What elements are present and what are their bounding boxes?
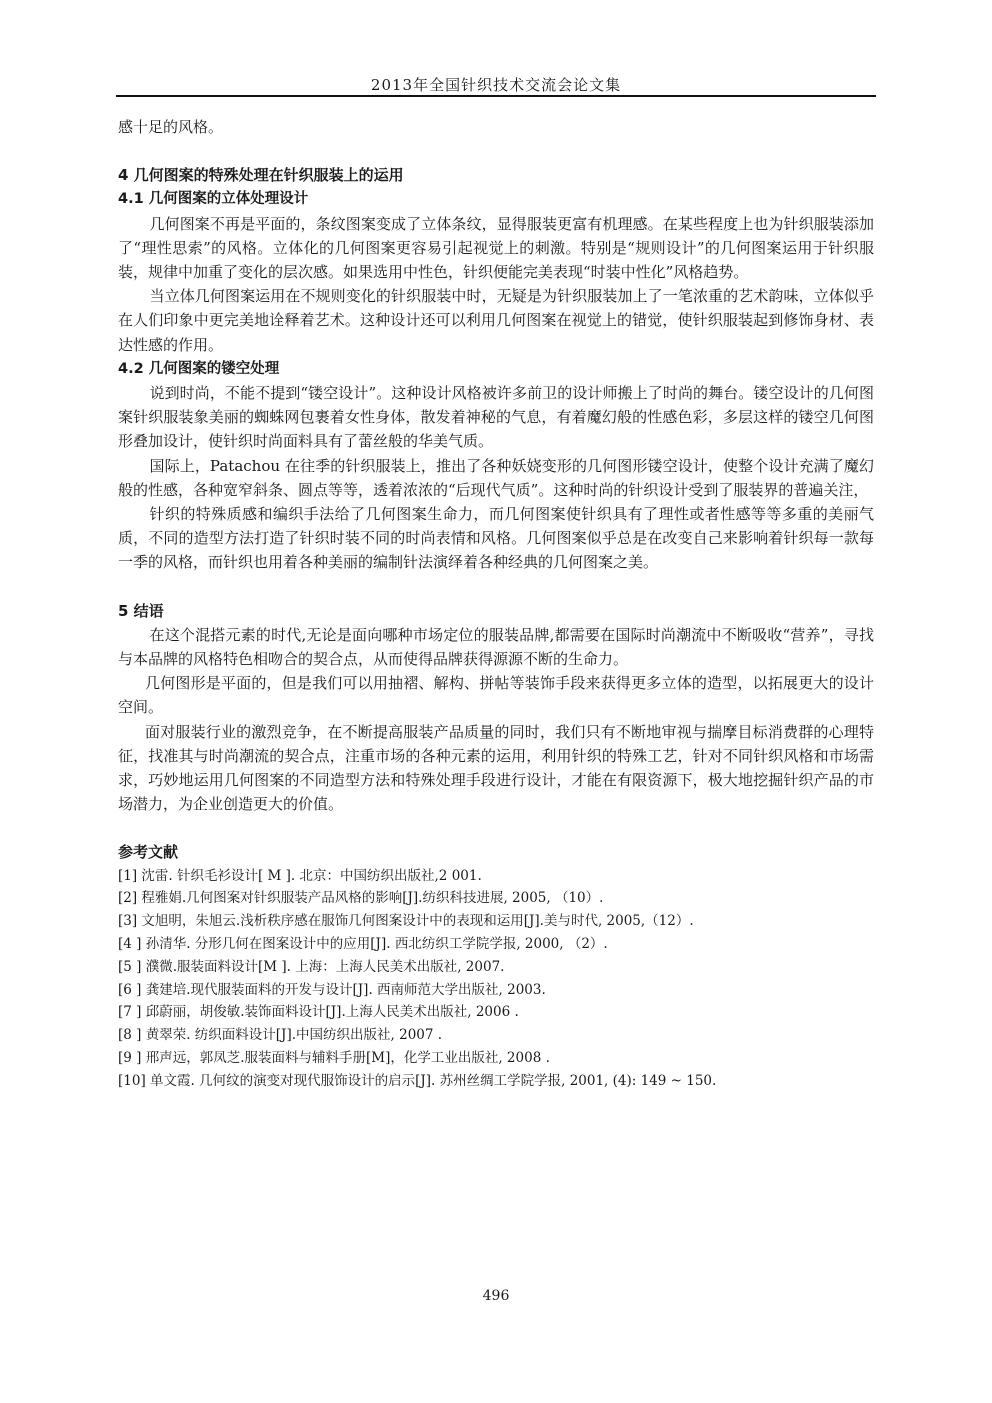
paragraph: 几何图形是平面的，但是我们可以用抽褶、解构、拼帖等装饰手段来获得更多立体的造型，… [118, 671, 874, 719]
paragraph: 说到时尚，不能不提到“镂空设计”。这种设计风格被许多前卫的设计师搬上了时尚的舞台… [118, 381, 874, 454]
reference-item: [8 ] 黄翠荣. 纺织面料设计[J].中国纺织出版社, 2007 . [118, 1024, 874, 1047]
reference-item: [1] 沈雷. 针织毛衫设计[ M ]. 北京：中国纺织出版社,2 001. [118, 865, 874, 888]
reference-item: [2] 程雅娟.几何图案对针织服装产品风格的影响[J].纺织科技进展, 2005… [118, 887, 874, 910]
page-body: 感十足的风格。 4 几何图案的特殊处理在针织服装上的运用 4.1 几何图案的立体… [118, 115, 874, 1093]
section-5-heading: 5 结语 [118, 599, 874, 623]
running-header-title: 2013年全国针织技术交流会论文集 [0, 74, 992, 95]
header-rule [116, 95, 876, 97]
reference-item: [5 ] 濮微.服装面料设计[M ]. 上海：上海人民美术出版社, 2007. [118, 956, 874, 979]
paragraph: 国际上，Patachou 在往季的针织服装上，推出了各种妖娆变形的几何图形镂空设… [118, 454, 874, 502]
reference-item: [3] 文旭明，朱旭云.浅析秩序感在服饰几何图案设计中的表现和运用[J].美与时… [118, 910, 874, 933]
reference-item: [4 ] 孙清华. 分形几何在图案设计中的应用[J]. 西北纺织工学院学报, 2… [118, 933, 874, 956]
section-4-1-heading: 4.1 几何图案的立体处理设计 [118, 187, 874, 211]
reference-item: [7 ] 邱蔚丽，胡俊敏.装饰面料设计[J].上海人民美术出版社, 2006 . [118, 1001, 874, 1024]
reference-list: [1] 沈雷. 针织毛衫设计[ M ]. 北京：中国纺织出版社,2 001. [… [118, 865, 874, 1093]
paragraph: 面对服装行业的激烈竞争，在不断提高服装产品质量的同时，我们只有不断地审视与揣摩目… [118, 720, 874, 817]
reference-item: [6 ] 龚建培.现代服装面料的开发与设计[J]. 西南师范大学出版社, 200… [118, 979, 874, 1002]
reference-item: [9 ] 邢声远，郭凤芝.服装面料与辅料手册[M]，化学工业出版社, 2008 … [118, 1047, 874, 1070]
carryover-text: 感十足的风格。 [118, 115, 874, 139]
paragraph: 几何图案不再是平面的，条纹图案变成了立体条纹，显得服装更富有机理感。在某些程度上… [118, 212, 874, 285]
page-number: 496 [0, 1288, 992, 1304]
paragraph: 针织的特殊质感和编织手法给了几何图案生命力，而几何图案使针织具有了理性或者性感等… [118, 502, 874, 575]
reference-item: [10] 单文霞. 几何纹的演变对现代服饰设计的启示[J]. 苏州丝绸工学院学报… [118, 1070, 874, 1093]
paragraph: 在这个混搭元素的时代,无论是面向哪种市场定位的服装品牌,都需要在国际时尚潮流中不… [118, 623, 874, 671]
references-heading: 参考文献 [118, 840, 874, 864]
spacer [118, 575, 874, 599]
section-4-heading: 4 几何图案的特殊处理在针织服装上的运用 [118, 163, 874, 187]
section-4-2-heading: 4.2 几何图案的镂空处理 [118, 357, 874, 381]
paragraph: 当立体几何图案运用在不规则变化的针织服装中时，无疑是为针织服装加上了一笔浓重的艺… [118, 284, 874, 357]
spacer [118, 139, 874, 163]
spacer [118, 816, 874, 840]
